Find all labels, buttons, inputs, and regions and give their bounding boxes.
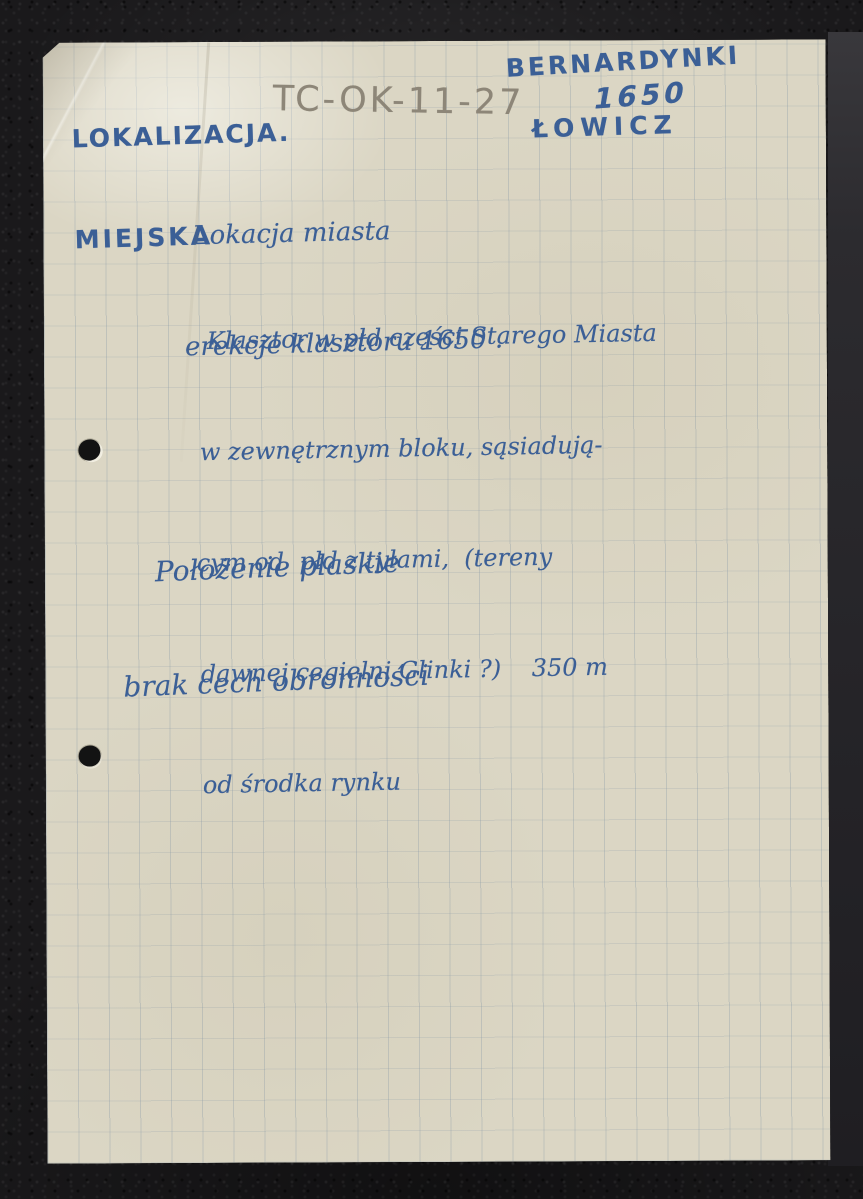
punch-hole-bottom <box>79 745 101 766</box>
scan-background: LOKALIZACJA. MIEJSKA TC-OK-11-27 BERNARD… <box>0 0 863 1199</box>
note-location-line2: w zewnętrznym bloku, sąsiadują- <box>199 426 659 471</box>
subject-city: ŁOWICZ <box>531 108 678 145</box>
subject-name: BERNARDYNKI <box>505 39 741 85</box>
catalog-number: TC-OK-11-27 <box>273 79 525 123</box>
note-terrain-line2: brak cech obronności <box>123 657 430 707</box>
punch-hole-top <box>76 437 102 462</box>
index-card-paper: LOKALIZACJA. MIEJSKA TC-OK-11-27 BERNARD… <box>43 39 831 1163</box>
note-location-line1: Klasztor w płd części Starego Miasta <box>206 315 657 360</box>
note-terrain-line1: Położenie płaskie <box>154 543 425 592</box>
note-terrain: Położenie płaskie brak cech obronności <box>115 467 432 783</box>
binder-edge-panel <box>828 32 863 1166</box>
